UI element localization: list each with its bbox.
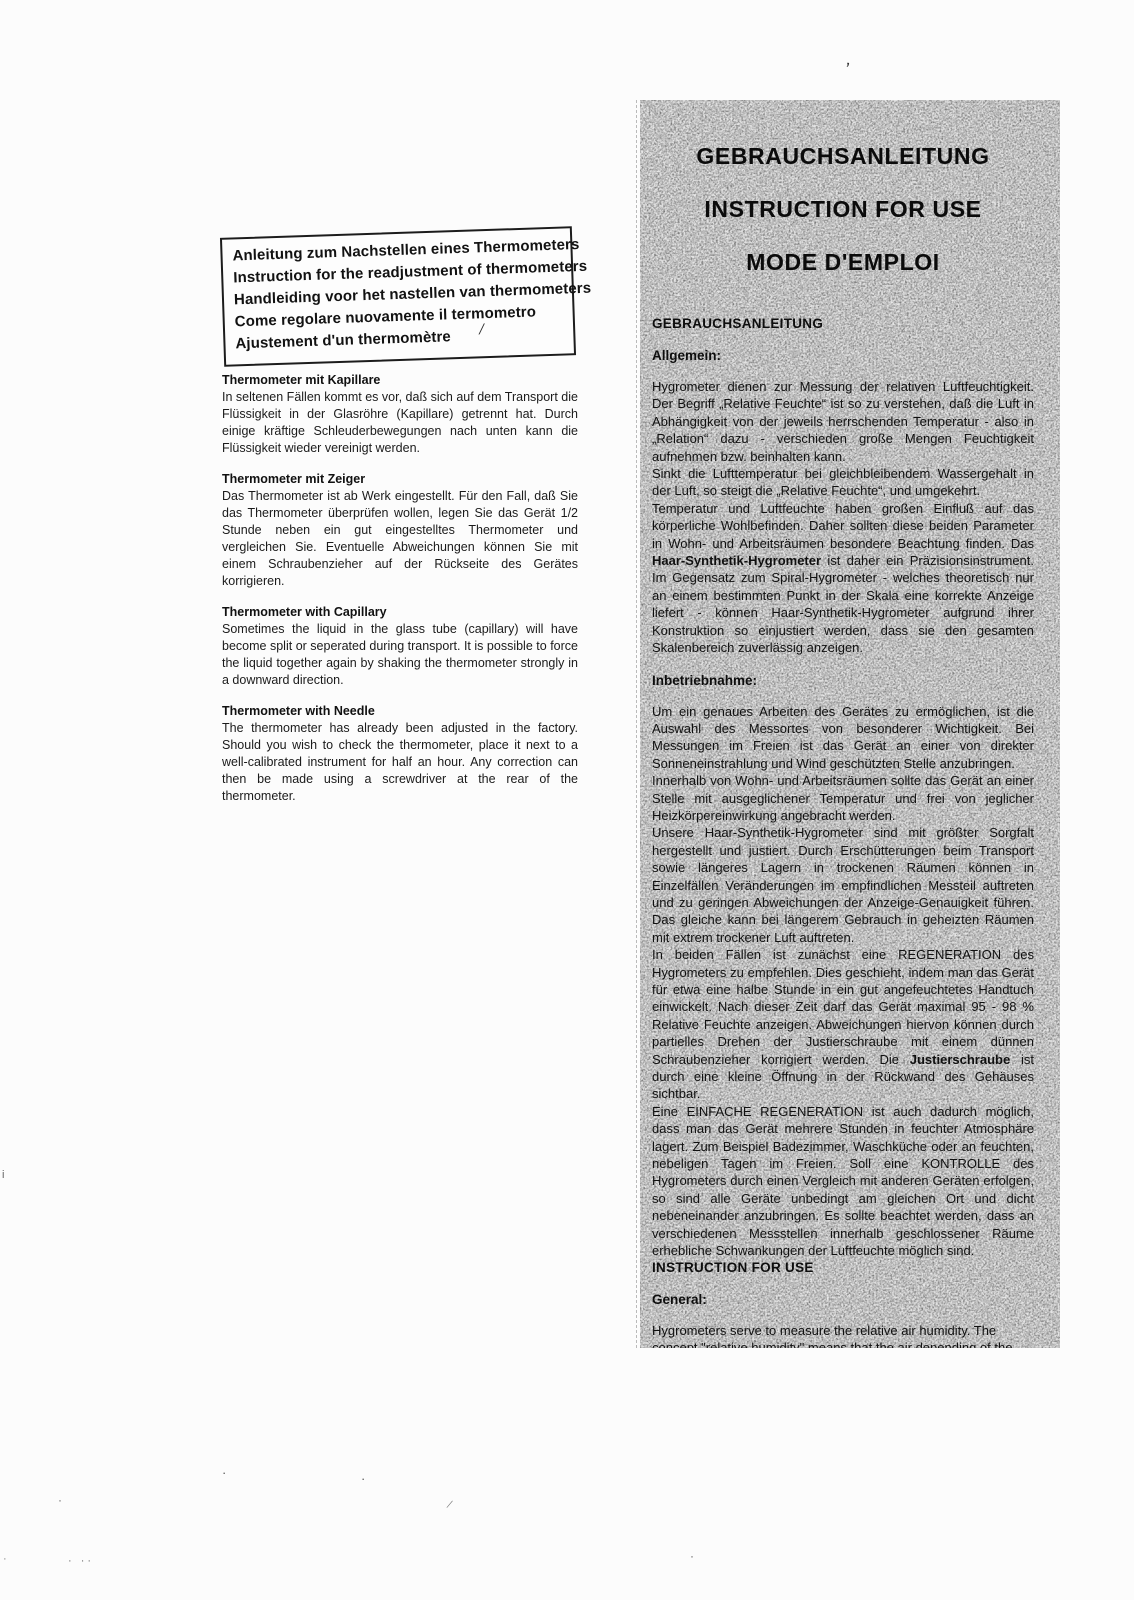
main-title-german: GEBRAUCHSANLEITUNG — [652, 144, 1034, 168]
scan-speck: ’ — [843, 60, 851, 78]
section-body: In seltenen Fällen kommt es vor, daß sic… — [222, 389, 578, 457]
paragraph: In beiden Fällen ist zunächst eine REGEN… — [652, 946, 1034, 1103]
text-run: ist daher ein Präzisionsinstrument. Im G… — [652, 553, 1034, 655]
section-thermometer-needle: Thermometer with Needle The thermometer … — [222, 703, 578, 805]
left-column: Thermometer mit Kapillare In seltenen Fä… — [222, 372, 578, 819]
inbetriebnahme-text: Um ein genaues Arbeiten des Gerätes zu e… — [652, 703, 1034, 1260]
instruction-panel: GEBRAUCHSANLEITUNG INSTRUCTION FOR USE M… — [640, 100, 1060, 1348]
allgemein-text: Hygrometer dienen zur Messung der relati… — [652, 378, 1034, 657]
german-instructions: GEBRAUCHSANLEITUNG INSTRUCTION FOR USE M… — [652, 100, 1034, 1260]
text-run: In beiden Fällen ist zunächst eine REGEN… — [652, 947, 1034, 1066]
general-heading: General: — [652, 1292, 1034, 1308]
paragraph: Temperatur und Luftfeuchte haben großen … — [652, 500, 1034, 657]
paragraph: Hygrometers serve to measure the relativ… — [652, 1322, 1034, 1339]
paragraph: concept "relative humidity" means that t… — [652, 1339, 1034, 1348]
scan-speck: · — [58, 1494, 62, 1506]
panel-inner: GEBRAUCHSANLEITUNG INSTRUCTION FOR USE M… — [640, 100, 1060, 1348]
paragraph: Um ein genaues Arbeiten des Gerätes zu e… — [652, 703, 1034, 773]
section-thermometer-zeiger: Thermometer mit Zeiger Das Thermometer i… — [222, 471, 578, 590]
main-title-english: INSTRUCTION FOR USE — [652, 197, 1034, 221]
section-thermometer-kapillare: Thermometer mit Kapillare In seltenen Fä… — [222, 372, 578, 457]
text-run: Temperatur und Luftfeuchte haben großen … — [652, 501, 1034, 551]
section-thermometer-capillary: Thermometer with Capillary Sometimes the… — [222, 604, 578, 689]
scanned-manual-page: Anleitung zum Nachstellen eines Thermome… — [0, 0, 1134, 1600]
section-heading: Thermometer with Needle — [222, 703, 578, 720]
german-section-title: GEBRAUCHSANLEITUNG — [652, 316, 1034, 332]
clipped-last-line: concept "relative humidity" means that t… — [652, 1339, 1034, 1348]
scan-speck: ∕ — [448, 1500, 451, 1511]
thermometer-readjust-box: Anleitung zum Nachstellen eines Thermome… — [220, 226, 576, 367]
paragraph: Innerhalb von Wohn- und Arbeitsräumen so… — [652, 772, 1034, 824]
paragraph: Sinkt die Lufttemperatur bei gleichbleib… — [652, 465, 1034, 500]
text-run-bold: Haar-Synthetik-Hygrometer — [652, 553, 821, 568]
scan-speck: · — [690, 1550, 694, 1562]
main-title-french: MODE D'EMPLOI — [652, 250, 1034, 274]
section-body: Sometimes the liquid in the glass tube (… — [222, 621, 578, 689]
section-heading: Thermometer mit Zeiger — [222, 471, 578, 488]
paragraph: Unsere Haar-Synthetik-Hygrometer sind mi… — [652, 824, 1034, 946]
paragraph: Eine EINFACHE REGENERATION ist auch dadu… — [652, 1103, 1034, 1260]
paragraph: Hygrometer dienen zur Messung der relati… — [652, 378, 1034, 465]
page-fold-line-left — [636, 100, 637, 1348]
scan-speck: · — [222, 1466, 226, 1479]
section-body: Das Thermometer ist ab Werk eingestellt.… — [222, 488, 578, 590]
scan-speck: · — [3, 1554, 7, 1565]
scan-speck: i — [2, 1170, 4, 1181]
section-body: The thermometer has already been adjuste… — [222, 720, 578, 805]
allgemein-heading: Allgemein: — [652, 348, 1034, 364]
text-run-bold: Justierschraube — [910, 1052, 1010, 1067]
scan-speck: · — [361, 1472, 365, 1485]
english-section-title: INSTRUCTION FOR USE — [652, 1260, 1034, 1276]
inbetriebnahme-heading: Inbetriebnahme: — [652, 673, 1034, 689]
english-instructions: INSTRUCTION FOR USE General: Hygrometers… — [652, 1260, 1034, 1348]
section-heading: Thermometer mit Kapillare — [222, 372, 578, 389]
scan-speck: · ·· — [68, 1556, 94, 1567]
section-heading: Thermometer with Capillary — [222, 604, 578, 621]
